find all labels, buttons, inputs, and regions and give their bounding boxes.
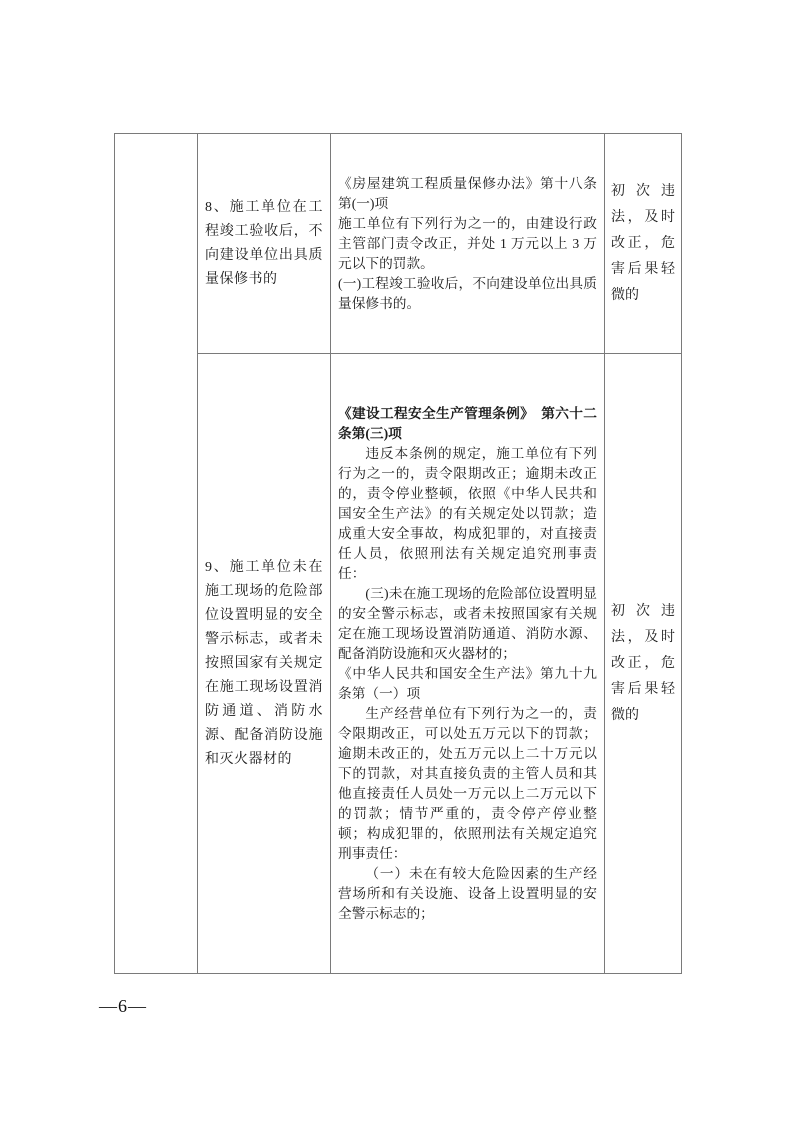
- item-9-legal-cell: 《建设工程安全生产管理条例》 第六十二条第(三)项违反本条例的规定，施工单位有下…: [331, 354, 605, 974]
- penalty-rules-table: 8、施工单位在工程竣工验收后，不向建设单位出具质量保修书的 《房屋建筑工程质量保…: [114, 133, 682, 974]
- legal-paragraph: 《房屋建筑工程质量保修办法》第十八条第(一)项: [338, 174, 597, 214]
- item-8-legal-basis: 《房屋建筑工程质量保修办法》第十八条第(一)项施工单位有下列行为之一的，由建设行…: [331, 174, 604, 314]
- legal-paragraph: 《中华人民共和国安全生产法》第九十九条第（一）项: [338, 664, 597, 704]
- table-row: 8、施工单位在工程竣工验收后，不向建设单位出具质量保修书的 《房屋建筑工程质量保…: [115, 134, 682, 354]
- page-number: —6—: [99, 996, 147, 1017]
- category-cell-empty: [115, 134, 198, 974]
- document-page: 8、施工单位在工程竣工验收后，不向建设单位出具质量保修书的 《房屋建筑工程质量保…: [0, 0, 793, 1122]
- item-9-penalty-cell: 初次违法，及时改正，危害后果轻微的: [605, 354, 682, 974]
- item-8-penalty-cell: 初次违法，及时改正，危害后果轻微的: [605, 134, 682, 354]
- legal-paragraph: 施工单位有下列行为之一的，由建设行政主管部门责令改正，并处 1 万元以上 3 万…: [338, 214, 597, 274]
- item-9-legal-basis: 《建设工程安全生产管理条例》 第六十二条第(三)项违反本条例的规定，施工单位有下…: [331, 404, 604, 924]
- table-row: 9、施工单位未在施工现场的危险部位设置明显的安全警示标志，或者未按照国家有关规定…: [115, 354, 682, 974]
- item-9-cell: 9、施工单位未在施工现场的危险部位设置明显的安全警示标志，或者未按照国家有关规定…: [198, 354, 331, 974]
- legal-paragraph: (三)未在施工现场的危险部位设置明显的安全警示标志，或者未按照国家有关规定在施工…: [338, 584, 597, 664]
- item-8-legal-cell: 《房屋建筑工程质量保修办法》第十八条第(一)项施工单位有下列行为之一的，由建设行…: [331, 134, 605, 354]
- legal-paragraph: 生产经营单位有下列行为之一的，责令限期改正，可以处五万元以下的罚款；逾期未改正的…: [338, 704, 597, 864]
- item-8-penalty: 初次违法，及时改正，危害后果轻微的: [605, 179, 681, 309]
- legal-paragraph: （一）未在有较大危险因素的生产经营场所和有关设施、设备上设置明显的安全警示标志的…: [338, 864, 597, 924]
- item-8-description: 8、施工单位在工程竣工验收后，不向建设单位出具质量保修书的: [198, 196, 330, 292]
- item-9-description: 9、施工单位未在施工现场的危险部位设置明显的安全警示标志，或者未按照国家有关规定…: [198, 556, 330, 772]
- legal-paragraph: 《建设工程安全生产管理条例》 第六十二条第(三)项: [338, 404, 597, 444]
- item-9-penalty: 初次违法，及时改正，危害后果轻微的: [605, 599, 681, 729]
- legal-paragraph: (一)工程竣工验收后，不向建设单位出具质量保修书的。: [338, 274, 597, 314]
- legal-paragraph: 违反本条例的规定，施工单位有下列行为之一的，责令限期改正；逾期未改正的，责令停业…: [338, 444, 597, 584]
- item-8-cell: 8、施工单位在工程竣工验收后，不向建设单位出具质量保修书的: [198, 134, 331, 354]
